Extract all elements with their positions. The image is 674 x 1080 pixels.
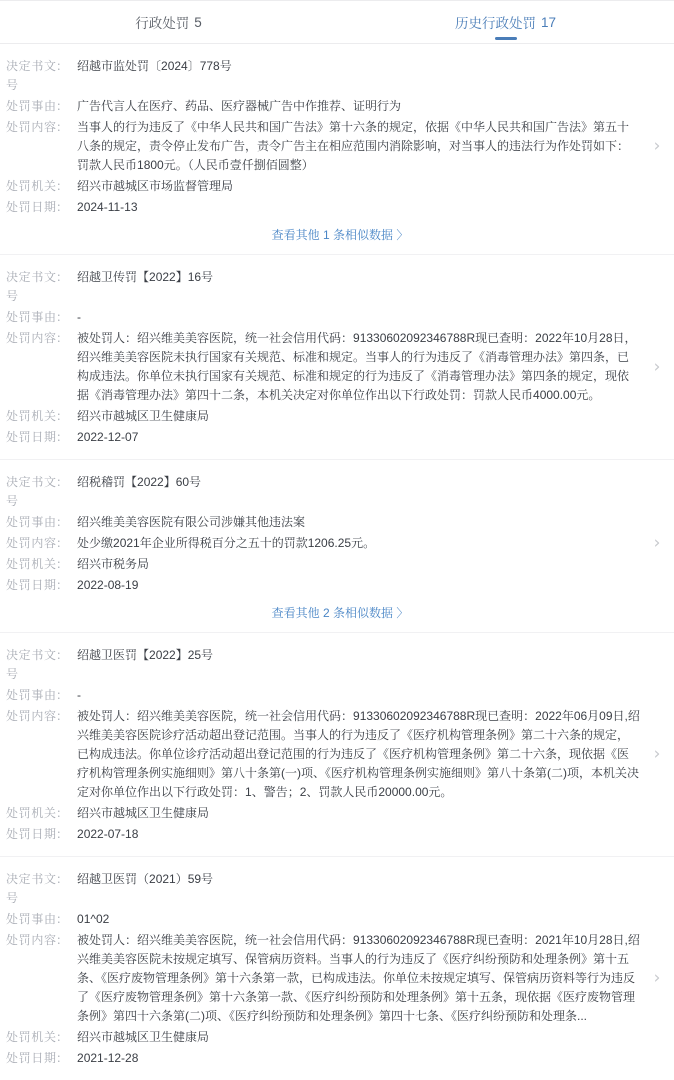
label-colon: ： (56, 268, 68, 287)
field-label-reason: 处罚事由 (6, 910, 56, 929)
label-colon: ： (56, 1028, 68, 1047)
penalty-record: 决定书文号： 绍越卫传罚【2022】16号 处罚事由： - 处罚内容： 被处罚人… (0, 255, 674, 459)
field-label-date: 处罚日期 (6, 576, 56, 595)
doc-no-row: 决定书文号： 绍越市监处罚〔2024〕778号 (6, 57, 674, 95)
reason-value: 广告代言人在医疗、药品、医疗器械广告中作推荐、证明行为 (77, 97, 674, 116)
authority-row: 处罚机关： 绍兴市越城区卫生健康局 (6, 407, 674, 426)
label-colon: ： (56, 910, 68, 929)
authority-row: 处罚机关： 绍兴市越城区卫生健康局 (6, 1028, 674, 1047)
label-colon: ： (56, 407, 68, 426)
label-colon: ： (56, 329, 68, 348)
similar-data-row: 查看其他 2 条相似数据 〉 (6, 597, 674, 622)
authority-value: 绍兴市税务局 (77, 555, 674, 574)
content-row[interactable]: 处罚内容： 被处罚人：绍兴维美美容医院，统一社会信用代码：91330602092… (6, 707, 674, 802)
content-value: 被处罚人：绍兴维美美容医院，统一社会信用代码：91330602092346788… (77, 931, 640, 1026)
field-label-reason: 处罚事由 (6, 686, 56, 705)
chevron-right-icon[interactable]: › (640, 359, 674, 376)
date-value: 2021-12-28 (77, 1049, 674, 1068)
doc-no-value: 绍税稽罚【2022】60号 (77, 473, 674, 492)
label-colon: ： (56, 308, 68, 327)
tab-label: 行政处罚 (135, 12, 189, 32)
tab-count: 5 (194, 15, 202, 30)
field-label-date: 处罚日期 (6, 198, 56, 217)
label-colon: ： (56, 513, 68, 532)
content-row[interactable]: 处罚内容： 处少缴2021年企业所得税百分之五十的罚款1206.25元。 › (6, 534, 674, 553)
label-colon: ： (56, 57, 68, 76)
date-value: 2022-07-18 (77, 825, 674, 844)
field-label-date: 处罚日期 (6, 428, 56, 447)
date-row: 处罚日期： 2024-11-13 (6, 198, 674, 217)
label-colon: ： (56, 1049, 68, 1068)
field-label-reason: 处罚事由 (6, 308, 56, 327)
authority-value: 绍兴市越城区卫生健康局 (77, 1028, 674, 1047)
field-label-doc-no: 决定书文号 (6, 473, 56, 511)
label-colon: ： (56, 686, 68, 705)
label-colon: ： (56, 473, 68, 492)
date-value: 2022-08-19 (77, 576, 674, 595)
label-colon: ： (56, 428, 68, 447)
penalty-tab-bar: 行政处罚 5 历史行政处罚 17 (0, 0, 674, 44)
doc-no-value: 绍越卫医罚（2021）59号 (77, 870, 674, 889)
date-value: 2024-11-13 (77, 198, 674, 217)
content-value: 被处罚人：绍兴维美美容医院，统一社会信用代码：91330602092346788… (77, 707, 640, 802)
content-row[interactable]: 处罚内容： 被处罚人：绍兴维美美容医院，统一社会信用代码：91330602092… (6, 329, 674, 405)
field-label-authority: 处罚机关 (6, 555, 56, 574)
tab-label: 历史行政处罚 (455, 12, 536, 32)
field-label-doc-no: 决定书文号 (6, 870, 56, 908)
date-value: 2022-12-07 (77, 428, 674, 447)
reason-row: 处罚事由： - (6, 308, 674, 327)
chevron-right-icon[interactable]: › (640, 746, 674, 763)
reason-value: 绍兴维美美容医院有限公司涉嫌其他违法案 (77, 513, 674, 532)
field-label-date: 处罚日期 (6, 1049, 56, 1068)
field-label-doc-no: 决定书文号 (6, 57, 56, 95)
reason-row: 处罚事由： 绍兴维美美容医院有限公司涉嫌其他违法案 (6, 513, 674, 532)
field-label-authority: 处罚机关 (6, 1028, 56, 1047)
authority-value: 绍兴市越城区卫生健康局 (77, 407, 674, 426)
active-tab-underline (495, 37, 517, 40)
label-colon: ： (56, 555, 68, 574)
chevron-right-icon[interactable]: › (640, 535, 674, 552)
field-label-authority: 处罚机关 (6, 804, 56, 823)
field-label-reason: 处罚事由 (6, 513, 56, 532)
penalty-record: 决定书文号： 绍越市监处罚〔2024〕778号 处罚事由： 广告代言人在医疗、药… (0, 44, 674, 254)
authority-value: 绍兴市越城区卫生健康局 (77, 804, 674, 823)
reason-row: 处罚事由： - (6, 686, 674, 705)
label-colon: ： (56, 198, 68, 217)
content-row[interactable]: 处罚内容： 当事人的行为违反了《中华人民共和国广告法》第十六条的规定，依据《中华… (6, 118, 674, 175)
label-colon: ： (56, 534, 68, 553)
label-colon: ： (56, 118, 68, 137)
tab-historical-administrative-penalty[interactable]: 历史行政处罚 17 (337, 1, 674, 43)
reason-row: 处罚事由： 01^02 (6, 910, 674, 929)
label-colon: ： (56, 870, 68, 889)
label-colon: ： (56, 825, 68, 844)
field-label-authority: 处罚机关 (6, 177, 56, 196)
doc-no-row: 决定书文号： 绍税稽罚【2022】60号 (6, 473, 674, 511)
label-colon: ： (56, 646, 68, 665)
tab-administrative-penalty[interactable]: 行政处罚 5 (0, 1, 337, 43)
field-label-date: 处罚日期 (6, 825, 56, 844)
content-row[interactable]: 处罚内容： 被处罚人：绍兴维美美容医院，统一社会信用代码：91330602092… (6, 931, 674, 1026)
penalty-record: 决定书文号： 绍越卫医罚【2022】25号 处罚事由： - 处罚内容： 被处罚人… (0, 633, 674, 856)
content-value: 当事人的行为违反了《中华人民共和国广告法》第十六条的规定，依据《中华人民共和国广… (77, 118, 640, 175)
label-colon: ： (56, 576, 68, 595)
date-row: 处罚日期： 2022-07-18 (6, 825, 674, 844)
label-colon: ： (56, 931, 68, 950)
authority-row: 处罚机关： 绍兴市越城区卫生健康局 (6, 804, 674, 823)
field-label-content: 处罚内容 (6, 707, 56, 726)
similar-data-link[interactable]: 查看其他 1 条相似数据 〉 (272, 228, 409, 242)
penalty-record: 决定书文号： 绍税稽罚【2022】60号 处罚事由： 绍兴维美美容医院有限公司涉… (0, 460, 674, 632)
date-row: 处罚日期： 2021-12-28 (6, 1049, 674, 1068)
doc-no-row: 决定书文号： 绍越卫医罚（2021）59号 (6, 870, 674, 908)
field-label-content: 处罚内容 (6, 931, 56, 950)
field-label-reason: 处罚事由 (6, 97, 56, 116)
field-label-authority: 处罚机关 (6, 407, 56, 426)
field-label-content: 处罚内容 (6, 118, 56, 137)
field-label-doc-no: 决定书文号 (6, 268, 56, 306)
reason-value: - (77, 686, 674, 705)
date-row: 处罚日期： 2022-12-07 (6, 428, 674, 447)
doc-no-value: 绍越卫医罚【2022】25号 (77, 646, 674, 665)
chevron-right-icon[interactable]: › (640, 138, 674, 155)
authority-value: 绍兴市越城区市场监督管理局 (77, 177, 674, 196)
content-value: 处少缴2021年企业所得税百分之五十的罚款1206.25元。 (77, 534, 640, 553)
date-row: 处罚日期： 2022-08-19 (6, 576, 674, 595)
label-colon: ： (56, 177, 68, 196)
label-colon: ： (56, 707, 68, 726)
penalty-record: 决定书文号： 绍越卫医罚（2021）59号 处罚事由： 01^02 处罚内容： … (0, 857, 674, 1080)
authority-row: 处罚机关： 绍兴市税务局 (6, 555, 674, 574)
label-colon: ： (56, 804, 68, 823)
field-label-doc-no: 决定书文号 (6, 646, 56, 684)
label-colon: ： (56, 97, 68, 116)
doc-no-value: 绍越市监处罚〔2024〕778号 (77, 57, 674, 76)
field-label-content: 处罚内容 (6, 329, 56, 348)
similar-data-link[interactable]: 查看其他 2 条相似数据 〉 (272, 606, 409, 620)
similar-data-row: 查看其他 1 条相似数据 〉 (6, 219, 674, 244)
reason-value: - (77, 308, 674, 327)
authority-row: 处罚机关： 绍兴市越城区市场监督管理局 (6, 177, 674, 196)
chevron-right-icon[interactable]: › (640, 970, 674, 987)
doc-no-row: 决定书文号： 绍越卫传罚【2022】16号 (6, 268, 674, 306)
reason-row: 处罚事由： 广告代言人在医疗、药品、医疗器械广告中作推荐、证明行为 (6, 97, 674, 116)
reason-value: 01^02 (77, 910, 674, 929)
content-value: 被处罚人：绍兴维美美容医院，统一社会信用代码：91330602092346788… (77, 329, 640, 405)
doc-no-row: 决定书文号： 绍越卫医罚【2022】25号 (6, 646, 674, 684)
doc-no-value: 绍越卫传罚【2022】16号 (77, 268, 674, 287)
tab-count: 17 (541, 15, 556, 30)
field-label-content: 处罚内容 (6, 534, 56, 553)
